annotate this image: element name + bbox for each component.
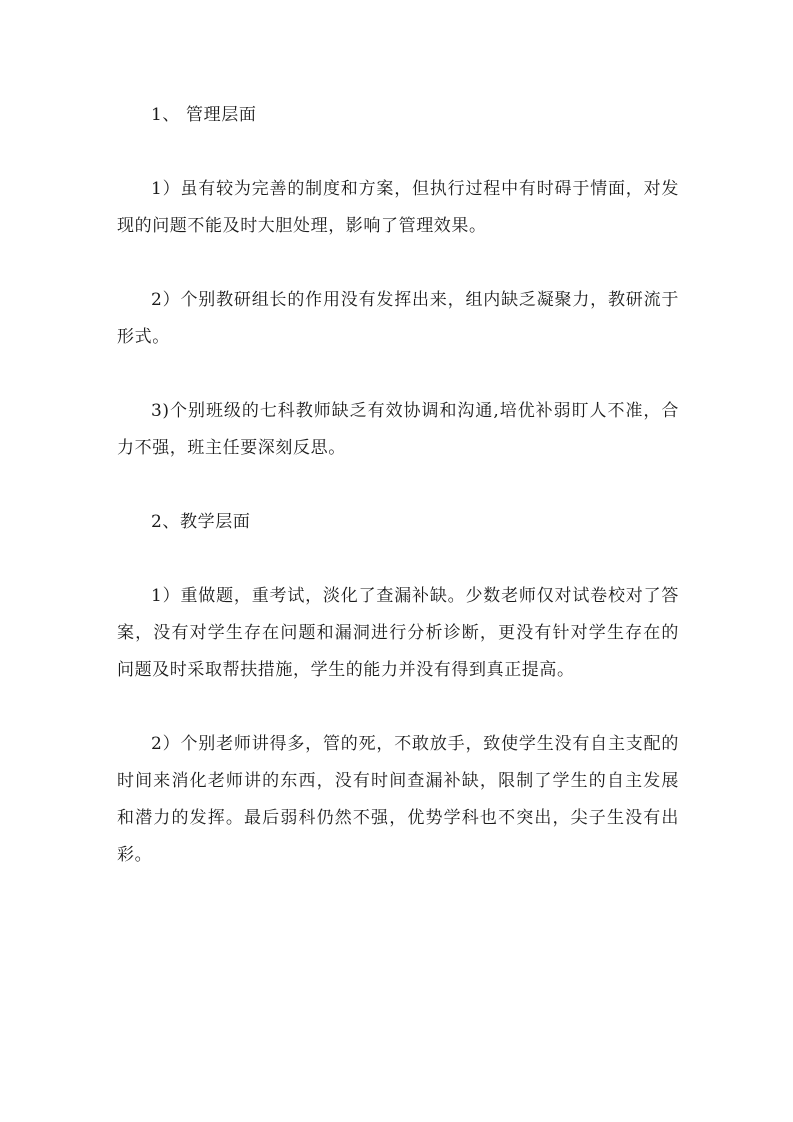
section-management: 1、 管理层面 1）虽有较为完善的制度和方案，但执行过程中有时碍于情面，对发现的… <box>117 97 679 504</box>
section-heading: 2、教学层面 <box>117 504 679 541</box>
section-teaching: 2、教学层面 1）重做题，重考试，淡化了查漏补缺。少数老师仅对试卷校对了答案，没… <box>117 504 679 874</box>
paragraph: 1）虽有较为完善的制度和方案，但执行过程中有时碍于情面，对发现的问题不能及时大胆… <box>117 171 679 245</box>
paragraph: 2）个别教研组长的作用没有发挥出来，组内缺乏凝聚力，教研流于形式。 <box>117 282 679 356</box>
document-page: 1、 管理层面 1）虽有较为完善的制度和方案，但执行过程中有时碍于情面，对发现的… <box>117 97 679 874</box>
paragraph: 2）个别老师讲得多，管的死，不敢放手，致使学生没有自主支配的时间来消化老师讲的东… <box>117 726 679 874</box>
paragraph: 1）重做题，重考试，淡化了查漏补缺。少数老师仅对试卷校对了答案，没有对学生存在问… <box>117 578 679 689</box>
paragraph: 3)个别班级的七科教师缺乏有效协调和沟通,培优补弱盯人不准，合力不强，班主任要深… <box>117 393 679 467</box>
section-heading: 1、 管理层面 <box>117 97 679 134</box>
